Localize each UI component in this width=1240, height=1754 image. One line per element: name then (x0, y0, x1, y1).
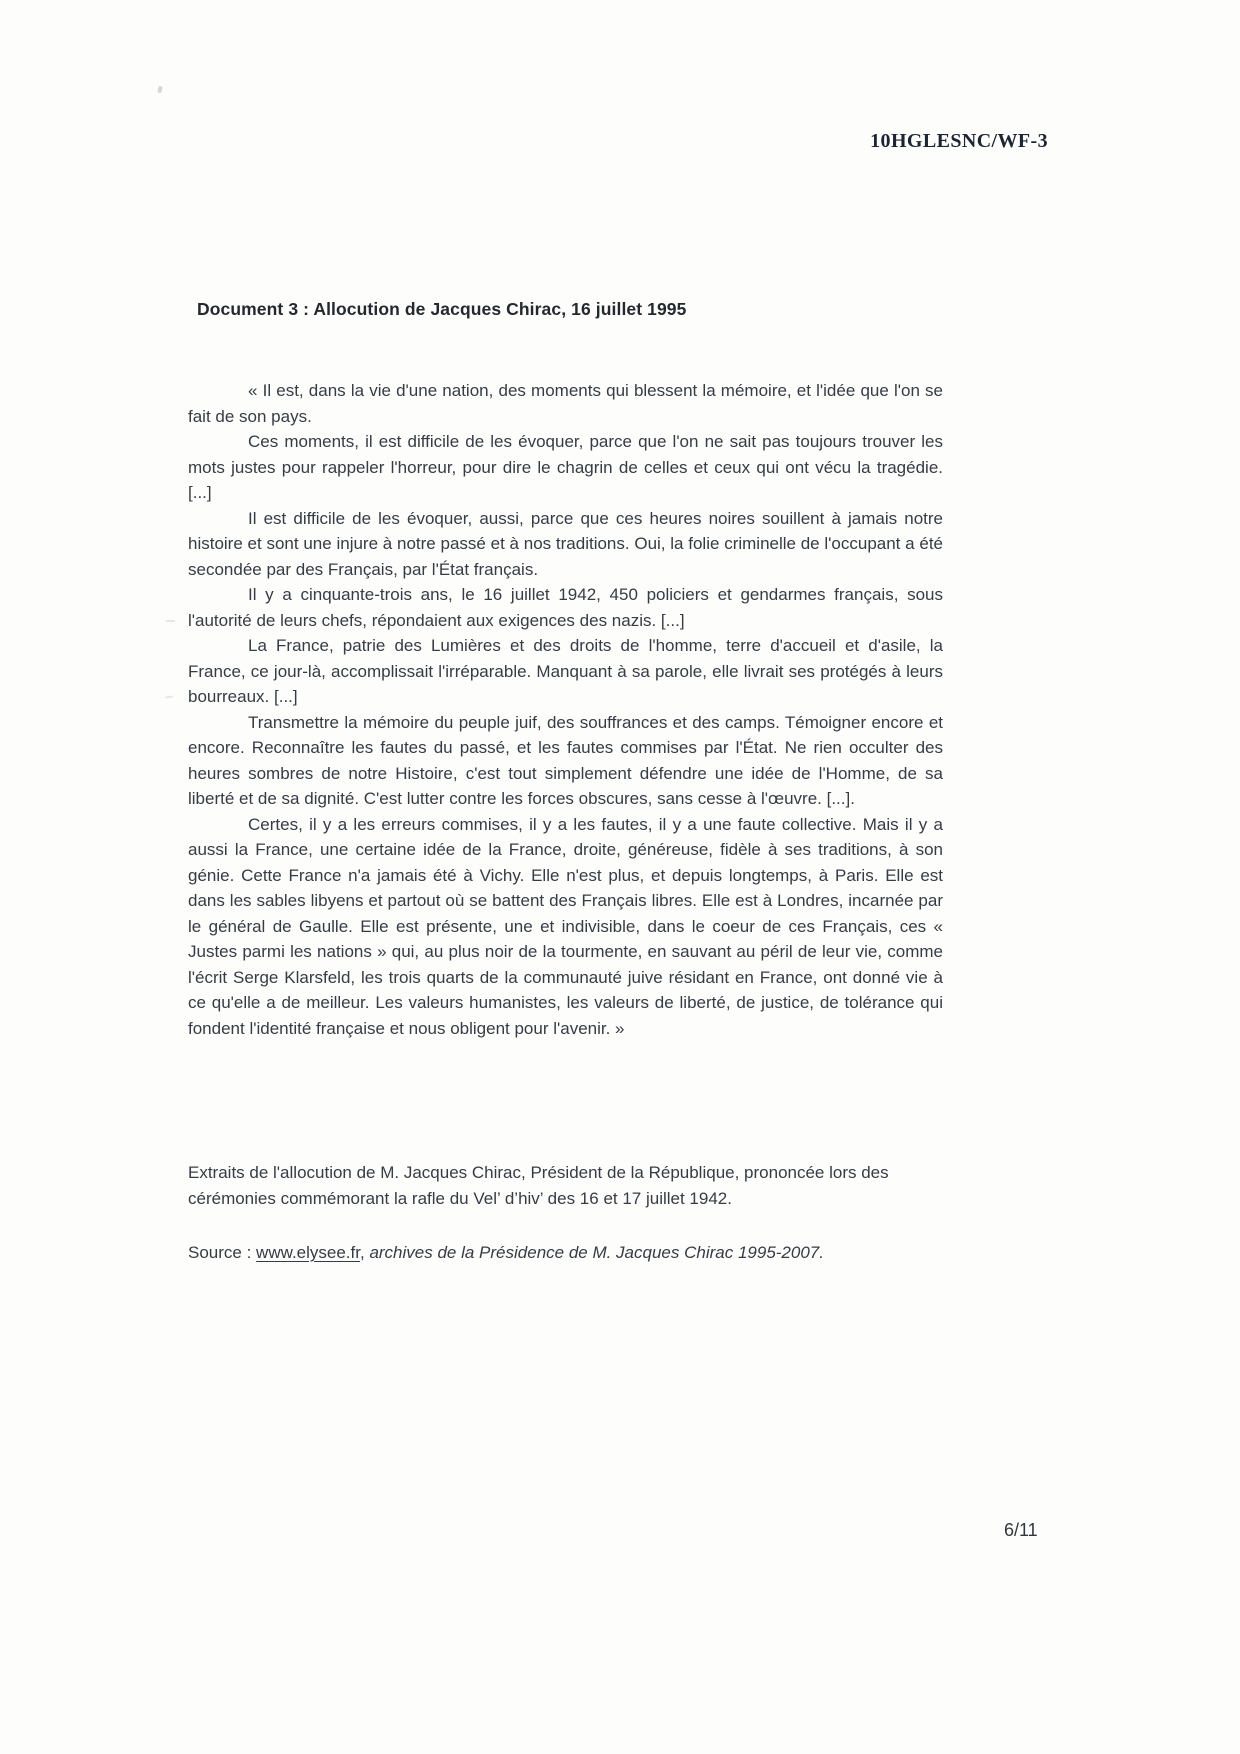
document-page: 10HGLESNC/WF-3 Document 3 : Allocution d… (0, 0, 1240, 1754)
page-number: 6/11 (1004, 1520, 1038, 1541)
source-url: www.elysee.fr (256, 1243, 360, 1262)
speech-paragraph: La France, patrie des Lumières et des dr… (188, 633, 943, 710)
speech-paragraph: Certes, il y a les erreurs commises, il … (188, 812, 943, 1042)
speech-paragraph: Transmettre la mémoire du peuple juif, d… (188, 710, 943, 812)
exam-reference-code: 10HGLESNC/WF-3 (870, 130, 1048, 153)
speech-text-block: « Il est, dans la vie d'une nation, des … (188, 378, 943, 1041)
speech-paragraph: Ces moments, il est difficile de les évo… (188, 429, 943, 506)
scan-artifact (166, 620, 175, 622)
scan-artifact (157, 86, 163, 94)
speech-paragraph: Il est difficile de les évoquer, aussi, … (188, 506, 943, 583)
source-citation: archives de la Présidence de M. Jacques … (369, 1243, 824, 1262)
scan-artifact (165, 695, 173, 698)
document-title: Document 3 : Allocution de Jacques Chira… (197, 299, 686, 320)
speech-paragraph: Il y a cinquante-trois ans, le 16 juille… (188, 582, 943, 633)
source-label: Source : (188, 1243, 256, 1262)
caption-text: Extraits de l'allocution de M. Jacques C… (188, 1160, 948, 1212)
speech-paragraph: « Il est, dans la vie d'une nation, des … (188, 378, 943, 429)
source-line: Source : www.elysee.fr, archives de la P… (188, 1240, 968, 1266)
